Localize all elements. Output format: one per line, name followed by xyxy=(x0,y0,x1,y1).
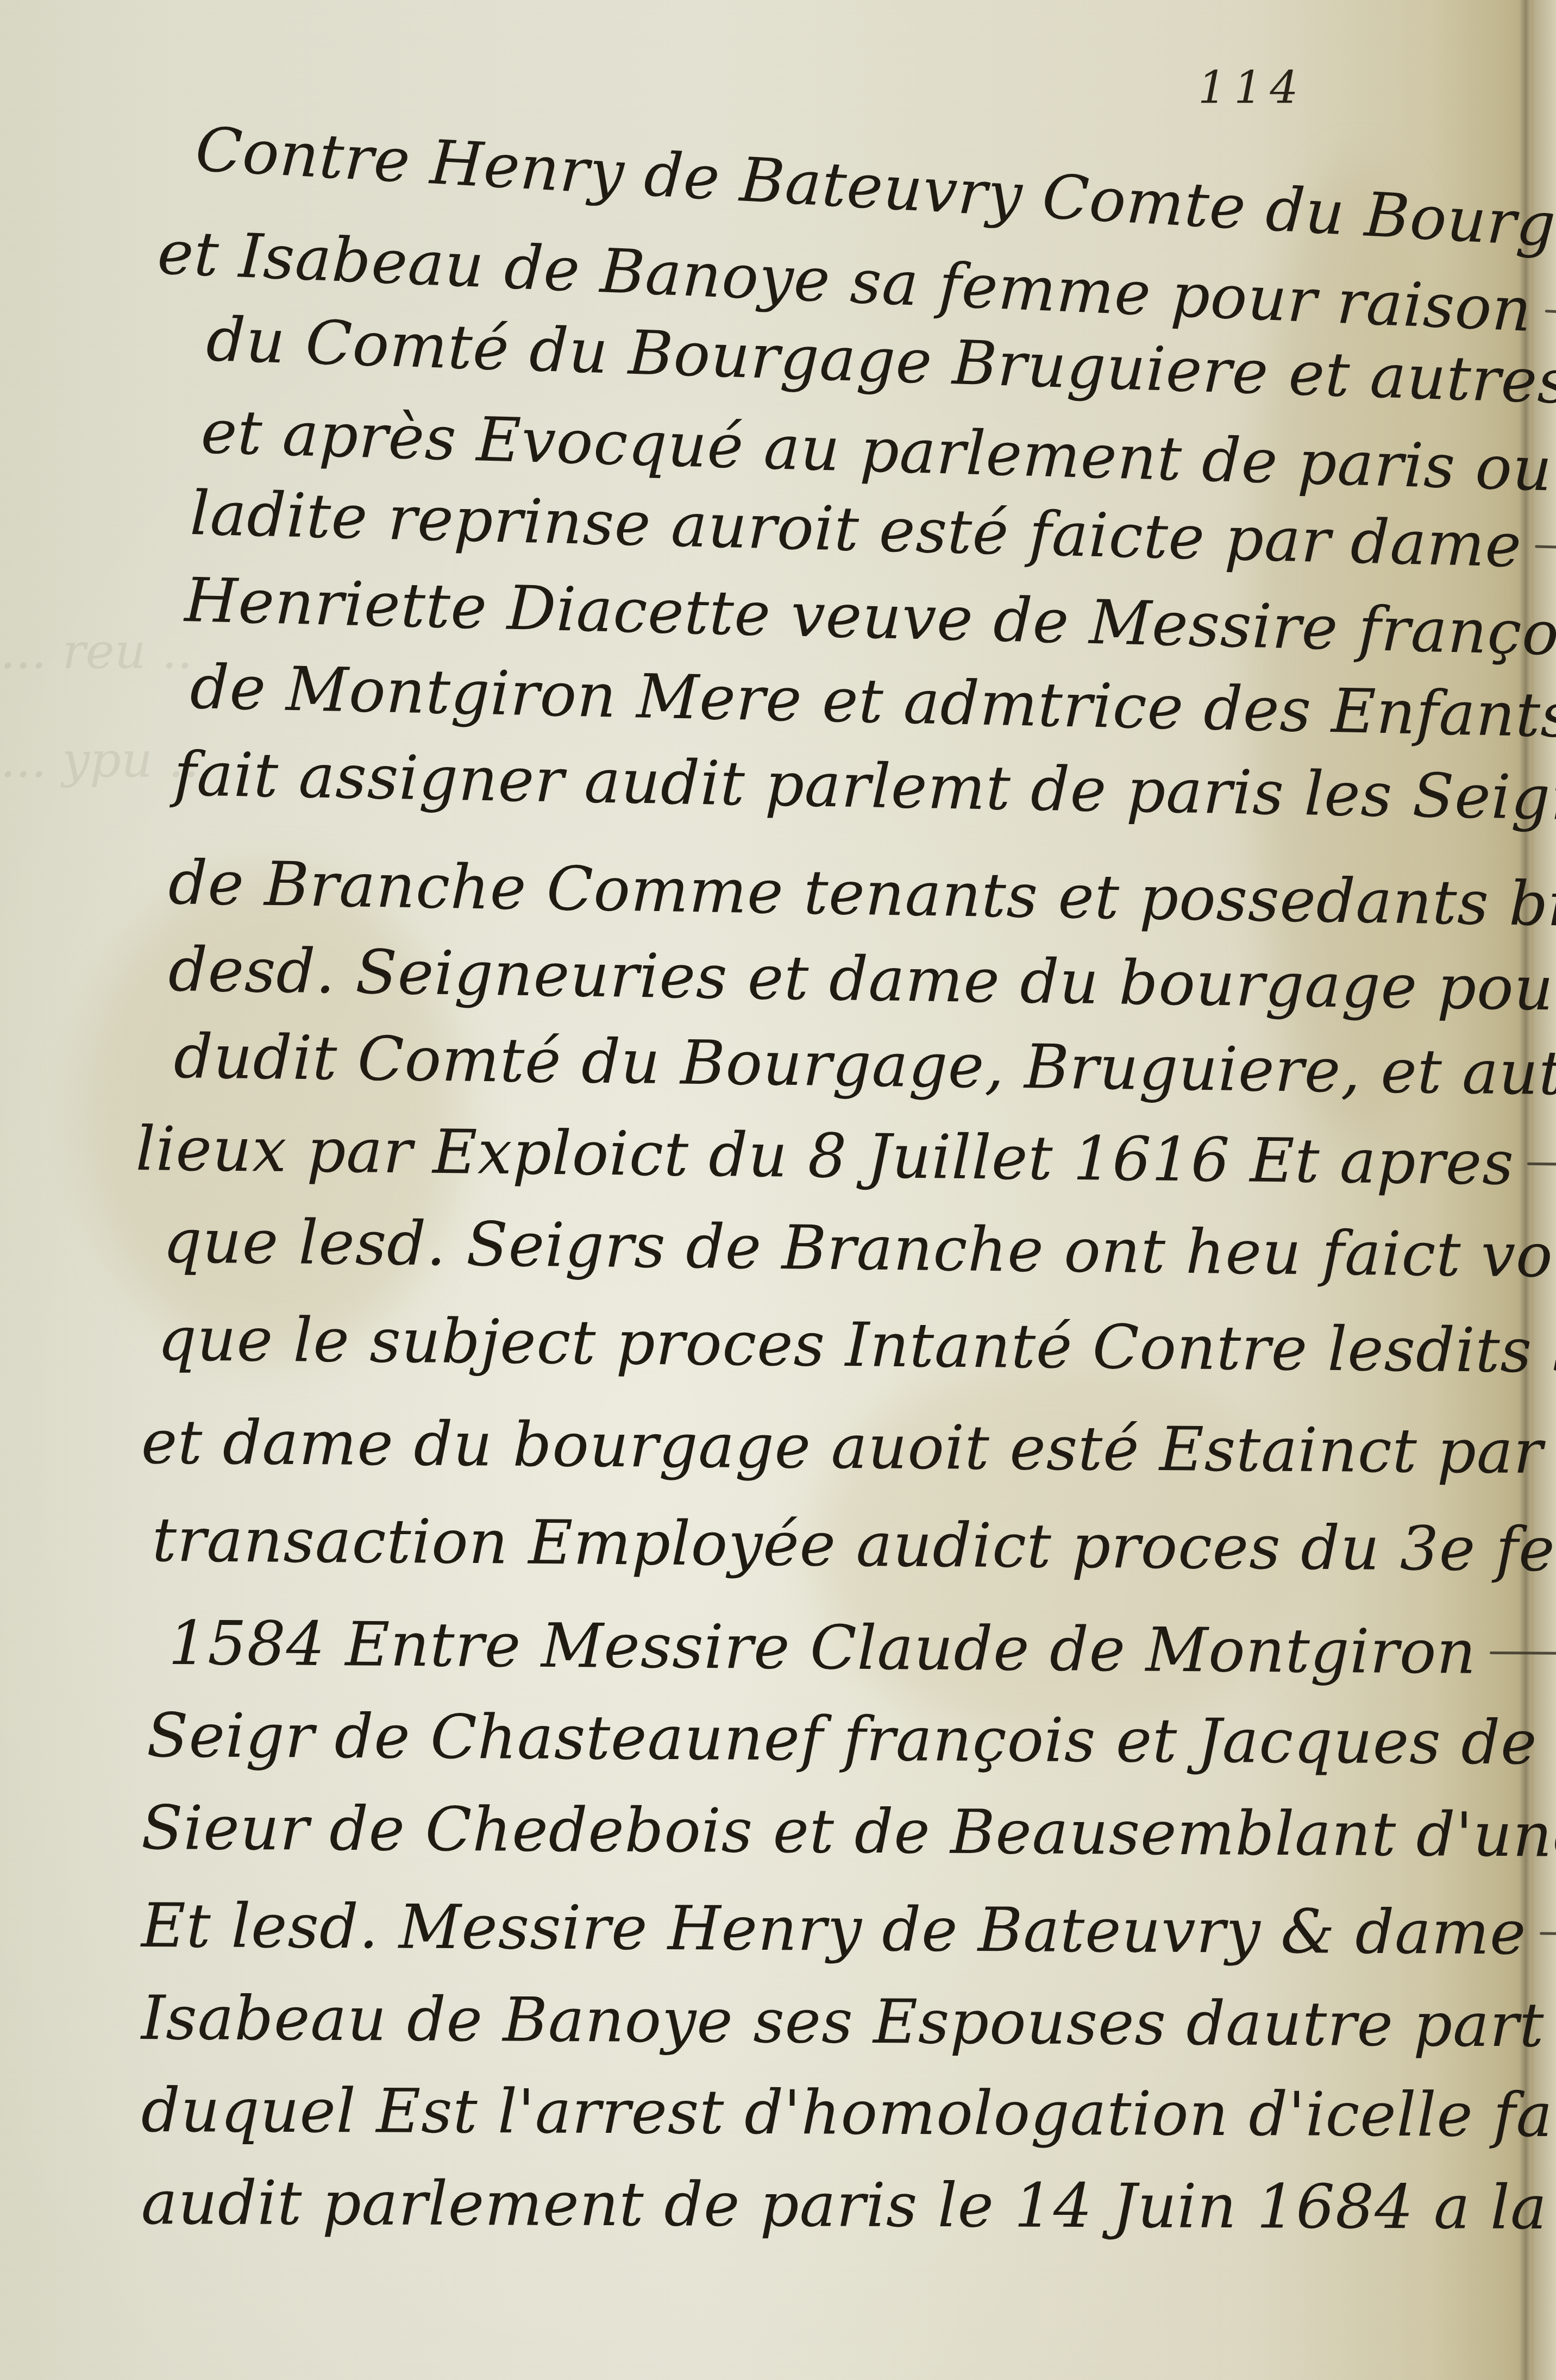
manuscript-line-text: dudit Comté du Bourgage, Bruguiere, et a… xyxy=(173,1021,1556,1110)
manuscript-line: que lesd. Seigrs de Branche ont heu faic… xyxy=(162,1206,1556,1293)
manuscript-line: transaction Employée audict proces du 3e… xyxy=(152,1505,1556,1587)
manuscript-line-text: duquel Est l'arrest d'homologation d'ice… xyxy=(141,2075,1556,2151)
manuscript-line: 1584 Entre Messire Claude de Montgiron xyxy=(168,1608,1556,1689)
line-filler-dash xyxy=(1535,545,1556,550)
manuscript-line-text: fait assigner audit parlemt de paris les… xyxy=(173,739,1556,834)
manuscript-line-text: lieux par Exploict du 8 Juillet 1616 Et … xyxy=(135,1114,1514,1199)
manuscript-line: Seigr de Chasteaunef françois et Jacques… xyxy=(147,1700,1556,1781)
manuscript-line-text: Sieur de Chedebois et de Beausemblant d'… xyxy=(141,1793,1556,1872)
manuscript-line: duquel Est l'arrest d'homologation d'ice… xyxy=(141,2075,1556,2152)
line-filler-dash xyxy=(1489,1651,1556,1655)
manuscript-line-text: audit parlement de paris le 14 Juin 1684… xyxy=(141,2168,1547,2243)
manuscript-page: ... reu ... ... ypu ... 114 Contre Henry… xyxy=(0,0,1556,2380)
manuscript-line-text: que le subject proces Intanté Contre les… xyxy=(157,1304,1556,1389)
manuscript-text-block: Contre Henry de Bateuvry Comte du Bourga… xyxy=(0,0,1556,2380)
line-filler-dash xyxy=(1539,1932,1556,1935)
manuscript-line-text: Et lesd. Messire Henry de Bateuvry & dam… xyxy=(141,1891,1527,1968)
manuscript-line-text: desd. Seigneuries et dame du bourgage po… xyxy=(168,934,1556,1028)
manuscript-line-text: que lesd. Seigrs de Branche ont heu faic… xyxy=(162,1206,1556,1292)
manuscript-line: Sieur de Chedebois et de Beausemblant d'… xyxy=(141,1793,1556,1872)
line-filler-dash xyxy=(1527,1162,1556,1166)
manuscript-line: de Montgiron Mere et admtrice des Enfant… xyxy=(190,652,1556,758)
manuscript-line-text: transaction Employée audict proces du 3e… xyxy=(152,1505,1556,1586)
manuscript-line: et dame du bourgage auoit esté Estainct … xyxy=(141,1407,1556,1489)
manuscript-line: Et lesd. Messire Henry de Bateuvry & dam… xyxy=(141,1891,1556,1969)
manuscript-line-text: de Montgiron Mere et admtrice des Enfant… xyxy=(190,652,1556,756)
manuscript-line: dudit Comté du Bourgage, Bruguiere, et a… xyxy=(173,1021,1556,1111)
manuscript-line: de Branche Comme tenants et possedants b… xyxy=(168,847,1556,944)
manuscript-line: desd. Seigneuries et dame du bourgage po… xyxy=(168,934,1556,1029)
line-filler-dash xyxy=(1545,310,1556,317)
manuscript-line: lieux par Exploict du 8 Juillet 1616 Et … xyxy=(135,1114,1556,1200)
manuscript-line: audit parlement de paris le 14 Juin 1684… xyxy=(141,2168,1556,2244)
manuscript-line: fait assigner audit parlemt de paris les… xyxy=(173,739,1556,837)
manuscript-line: Isabeau de Banoye ses Espouses dautre pa… xyxy=(141,1983,1556,2062)
manuscript-line-text: de Branche Comme tenants et possedants b… xyxy=(168,847,1556,942)
manuscript-line: que le subject proces Intanté Contre les… xyxy=(157,1304,1556,1389)
manuscript-line-text: Seigr de Chasteaunef françois et Jacques… xyxy=(147,1700,1556,1780)
manuscript-line-text: Henriette Diacette veuve de Messire fran… xyxy=(184,565,1556,670)
manuscript-line-text: 1584 Entre Messire Claude de Montgiron xyxy=(168,1608,1477,1688)
manuscript-line-text: Isabeau de Banoye ses Espouses dautre pa… xyxy=(141,1983,1545,2061)
manuscript-line-text: et dame du bourgage auoit esté Estainct … xyxy=(141,1407,1544,1487)
